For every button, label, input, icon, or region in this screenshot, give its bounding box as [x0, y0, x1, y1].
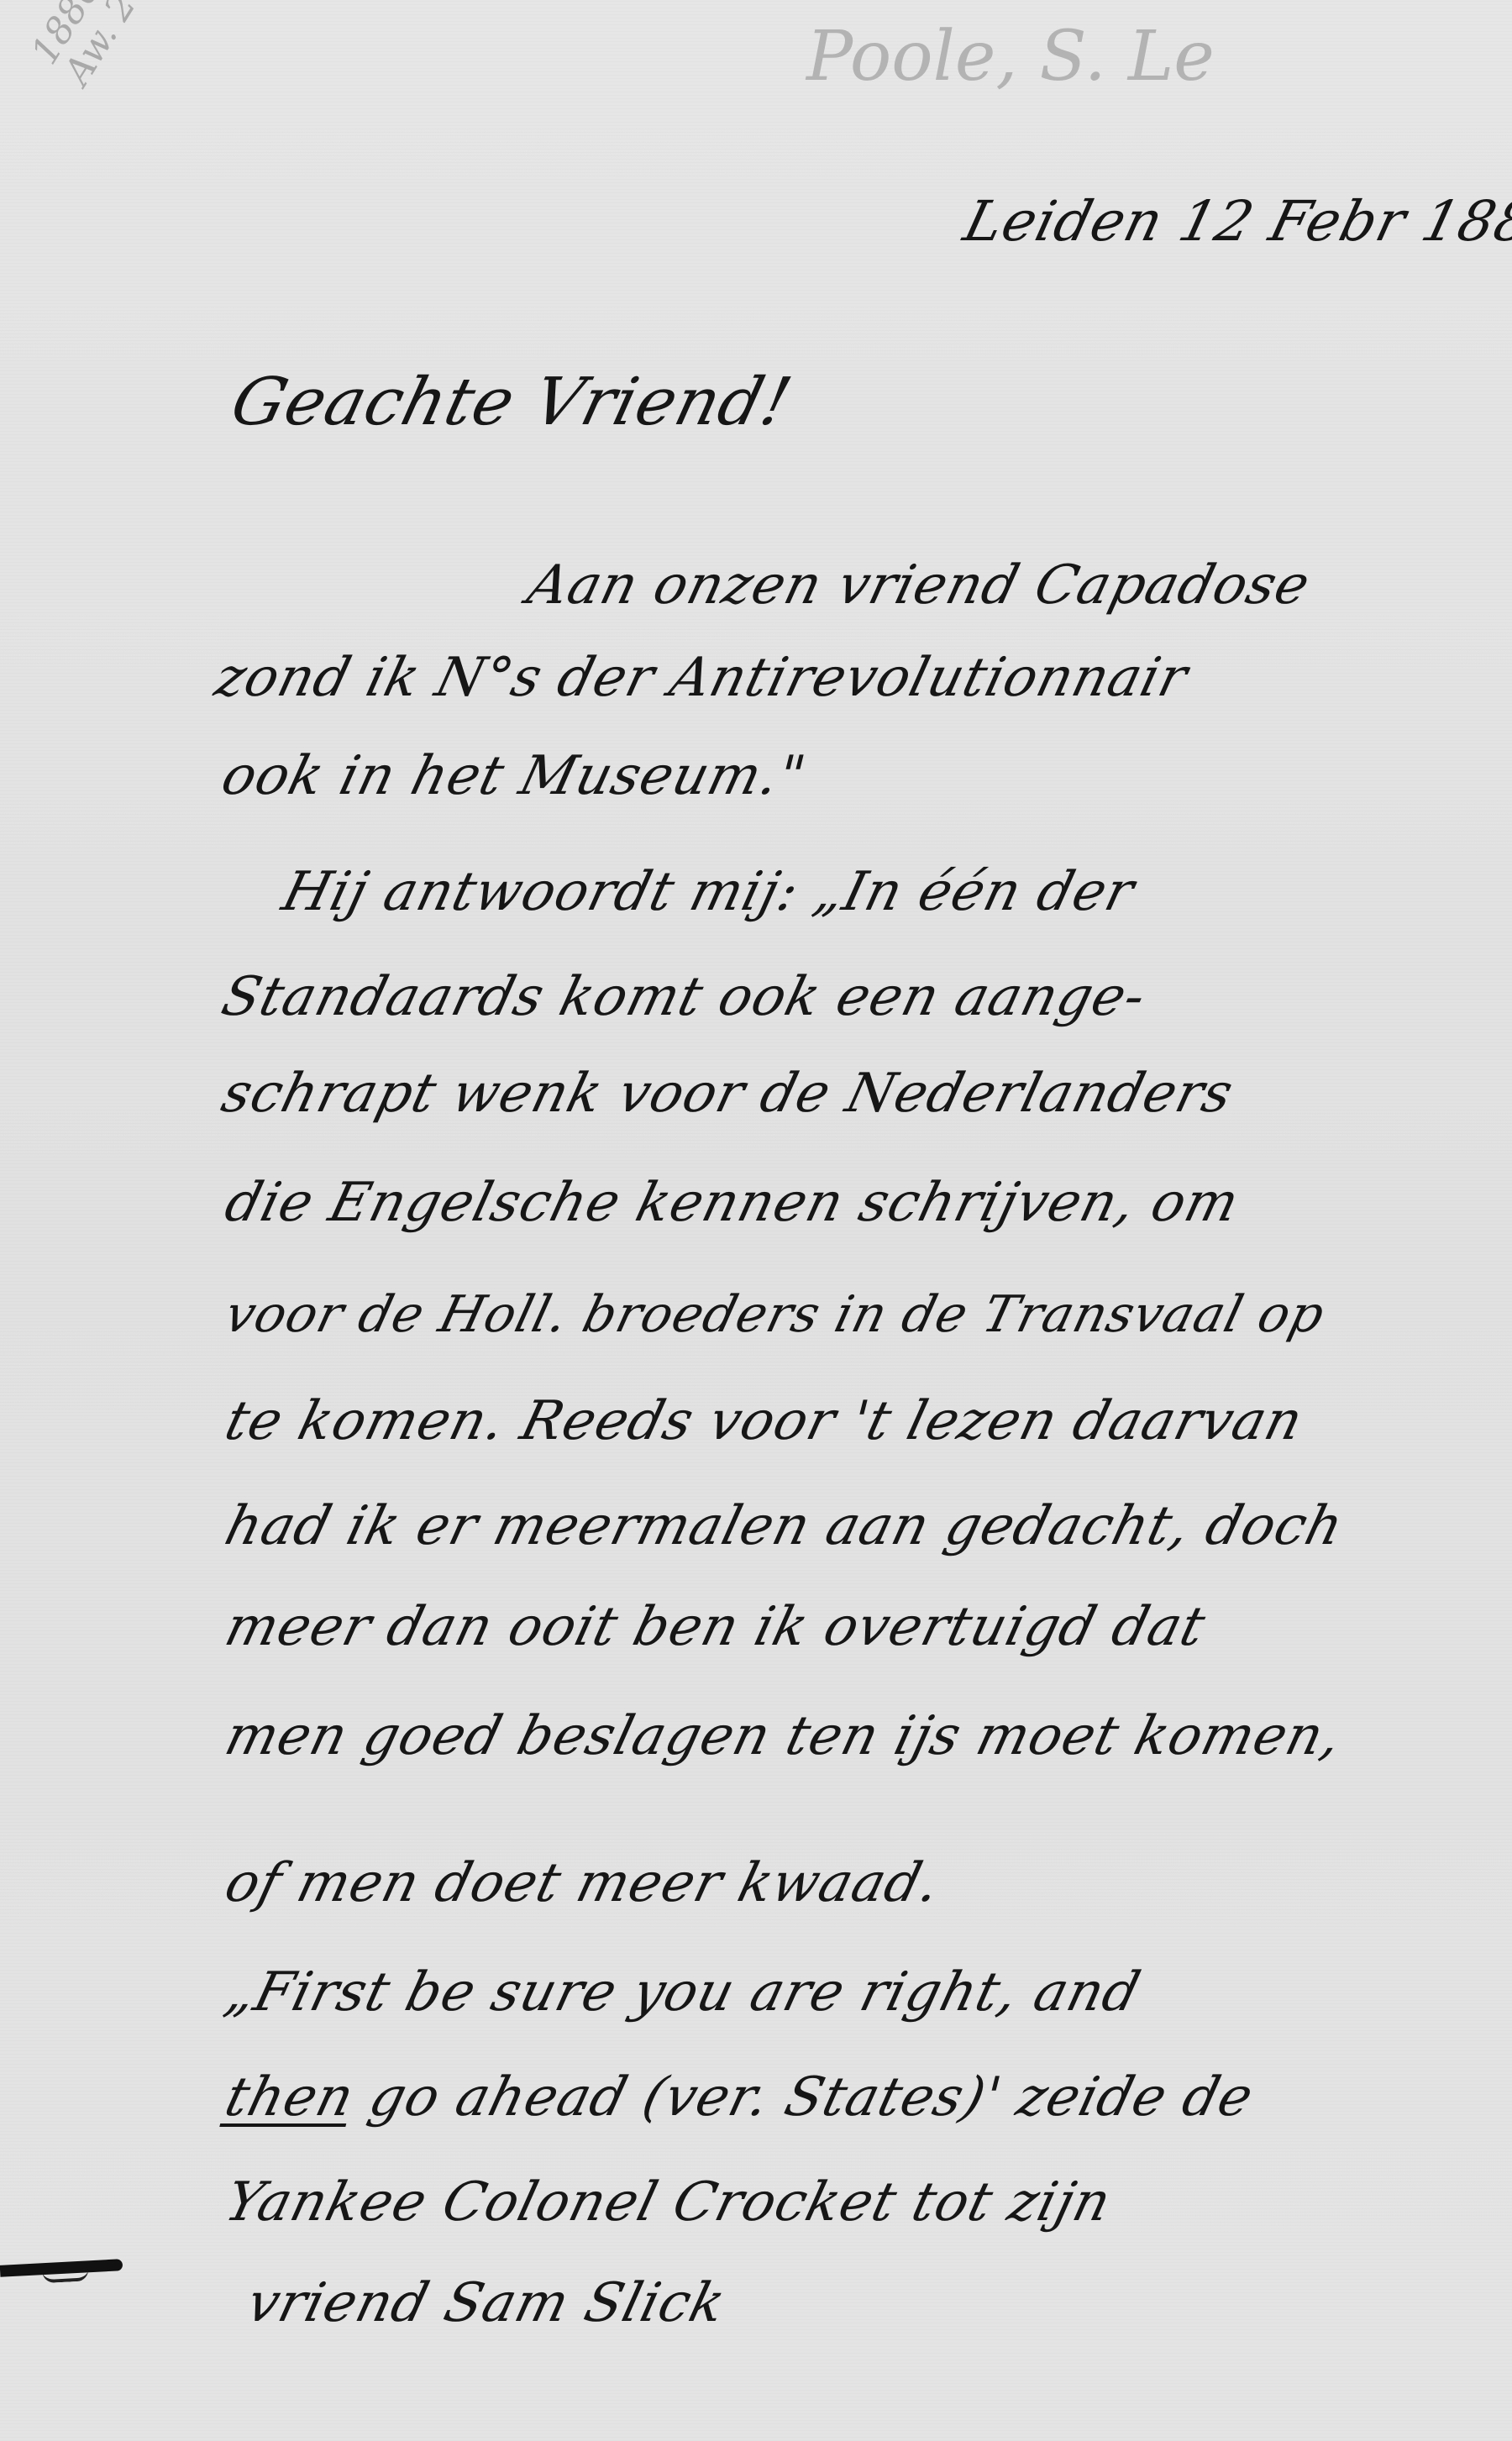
letter-line: die Engelsche kennen schrijven, om [220, 1176, 1244, 1230]
letter-line: men goed beslagen ten ijs moet komen, [220, 1709, 1347, 1763]
letter-line: had ik er meermalen aan gedacht, doch [220, 1499, 1349, 1553]
letter-line: Aan onzen vriend Capadose [522, 559, 1315, 612]
letter-line: Yankee Colonel Crocket tot zijn [220, 2176, 1116, 2229]
salutation: Geachte Vriend! [225, 370, 798, 435]
catalog-name-note: Poole, S. Le [806, 17, 1215, 97]
letter-line-rest: go ahead (ver. States)' zeide de [345, 2066, 1260, 2129]
letter-line: voor de Holl. broeders in de Transvaal o… [220, 1289, 1330, 1340]
letter-line: schrapt wenk voor de Nederlanders [217, 1067, 1238, 1121]
letter-line: vriend Sam Slick [242, 2276, 731, 2330]
letter-line-quote: then go ahead (ver. States)' zeide de [220, 2071, 1258, 2124]
letter-line: of men doet meer kwaad. [220, 1856, 946, 1910]
place-date: Leiden 12 Febr 1880 [958, 189, 1512, 254]
letter-line: Standaards komt ook een aange- [217, 970, 1151, 1024]
letter-line: meer dan ooit ben ik overtuigd dat [220, 1600, 1210, 1654]
letter-line: te komen. Reeds voor 't lezen daarvan [220, 1394, 1308, 1448]
letter-line: ook in het Museum." [217, 749, 811, 803]
letter-line: zond ik N°s der Antirevolutionnair [210, 651, 1193, 705]
letter-line: „First be sure you are right, and [220, 1966, 1146, 2019]
letter-line: Hij antwoordt mij: „In één der [277, 865, 1140, 919]
underlined-word: then [219, 2066, 360, 2129]
